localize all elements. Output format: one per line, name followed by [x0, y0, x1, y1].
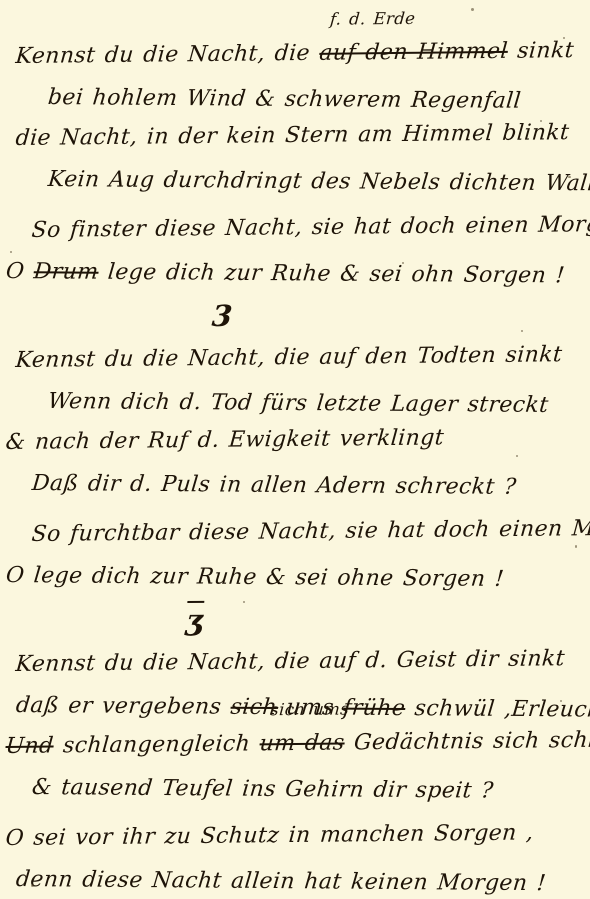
manuscript-line: denn diese Nacht allein hat keinen Morge…	[14, 859, 590, 899]
ink-speck	[568, 176, 571, 178]
text-segment: O	[5, 259, 35, 284]
stanza: Kennst du die Nacht, die auf d. Geist di…	[0, 644, 590, 808]
text-segment: O sei vor ihr zu Schutz in manchen Sorge…	[5, 820, 535, 851]
text-segment: & nach der Ruf d. Ewigkeit verklingt	[5, 425, 445, 455]
ink-speck	[471, 8, 474, 11]
text-segment: lege dich zur Ruhe & sei ohn Sorgen !	[97, 260, 566, 289]
manuscript-line: Kennst du die Nacht, die auf d. Geist di…	[14, 644, 590, 685]
manuscript-line: Kein Aug durchdringt des Nebels dichten …	[46, 159, 590, 200]
manuscript-line: & nach der Ruf d. Ewigkeit verklingt	[4, 422, 590, 463]
line-text: denn diese Nacht allein hat keinen Morge…	[14, 859, 548, 899]
manuscript-body: Kennst du die Nacht, die f. d. Erdeauf d…	[0, 36, 590, 899]
manuscript-line: die Nacht, in der kein Stern am Himmel b…	[14, 118, 590, 159]
manuscript-line: Kennst du die Nacht, die f. d. Erdeauf d…	[14, 36, 590, 77]
stanza: O sei vor ihr zu Schutz in manchen Sorge…	[0, 818, 590, 899]
manuscript-line: Kennst du die Nacht, die auf den Todten …	[14, 340, 590, 381]
line-text: O Drum lege dich zur Ruhe & sei ohn Sorg…	[4, 251, 567, 296]
text-segment: Kein Aug durchdringt des Nebels dichten …	[47, 167, 590, 196]
text-segment: schwül ‚Erleuchtung	[404, 696, 590, 723]
ink-speck	[563, 37, 565, 39]
line-text: Kennst du die Nacht, die f. d. Erdeauf d…	[14, 30, 576, 77]
manuscript-line: O lege dich zur Ruhe & sei ohne Sorgen !	[4, 555, 590, 596]
text-segment: Gedächtnis sich schlingt	[344, 727, 590, 755]
text-segment: Kennst du die Nacht, die	[15, 41, 321, 69]
text-segment: schlangengleich	[53, 731, 261, 758]
struck-text: auf den Himmel	[318, 39, 508, 66]
line-text: Kein Aug durchdringt des Nebels dichten …	[46, 159, 590, 204]
stanza: So finster diese Nacht, sie hat doch ein…	[0, 210, 590, 292]
manuscript-line: O Drum lege dich zur Ruhe & sei ohn Sorg…	[4, 251, 590, 292]
correction-group: f. d. Erdeauf den Himmel	[318, 31, 510, 74]
line-text: die Nacht, in der kein Stern am Himmel b…	[14, 112, 571, 159]
stanza-number: ʒ	[184, 598, 590, 642]
text-segment: & tausend Teufel ins Gehirn dir speit ?	[31, 775, 495, 804]
stanza: Kennst du die Nacht, die f. d. Erdeauf d…	[0, 36, 590, 200]
text-segment: Kennst du die Nacht, die auf d. Geist di…	[15, 646, 566, 677]
text-segment: Wenn dich d. Tod fürs letzte Lager strec…	[47, 389, 550, 418]
text-segment: denn diese Nacht allein hat keinen Morge…	[15, 867, 547, 896]
manuscript-line: Wenn dich d. Tod fürs letzte Lager strec…	[46, 381, 590, 422]
correction-group: sich umsum das	[258, 722, 346, 764]
line-text: So furchtbar diese Nacht, sie hat doch e…	[30, 507, 590, 555]
marker-glyph: ʒ	[185, 603, 205, 637]
line-text: & tausend Teufel ins Gehirn dir speit ?	[30, 767, 495, 812]
text-segment: O lege dich zur Ruhe & sei ohne Sorgen !	[5, 563, 505, 592]
line-text: Und schlangengleich sich umsum das Gedäc…	[4, 719, 590, 767]
ink-speck	[560, 700, 562, 702]
manuscript-line: bei hohlem Wind & schwerem Regenfall	[46, 77, 590, 118]
inserted-text: sich ums	[270, 701, 350, 718]
line-text: So finster diese Nacht, sie hat doch ein…	[30, 204, 590, 251]
inserted-text: f. d. Erde	[329, 11, 416, 28]
marker-glyph: 3	[211, 299, 234, 333]
stanza-number: 3	[210, 294, 590, 338]
text-segment: So furchtbar diese Nacht, sie hat doch e…	[31, 515, 590, 547]
stanza-marker: ʒ	[0, 598, 590, 642]
text-segment: bei hohlem Wind & schwerem Regenfall	[47, 85, 522, 114]
ink-speck	[540, 120, 542, 122]
ink-speck	[402, 262, 404, 264]
struck-text: Und	[5, 733, 55, 759]
stanza-marker: 3	[0, 294, 590, 338]
text-segment: So finster diese Nacht, sie hat doch ein…	[31, 212, 590, 243]
line-text: ʒ	[184, 598, 205, 646]
line-text: & nach der Ruf d. Ewigkeit verklingt	[4, 417, 446, 463]
manuscript-line: So finster diese Nacht, sie hat doch ein…	[30, 210, 590, 251]
text-segment: sinkt	[507, 38, 575, 64]
manuscript-line: & tausend Teufel ins Gehirn dir speit ?	[30, 767, 590, 808]
manuscript-line: So furchtbar diese Nacht, sie hat doch e…	[30, 514, 590, 555]
struck-text: frühe	[342, 696, 406, 721]
ink-speck	[516, 455, 518, 457]
line-text: O lege dich zur Ruhe & sei ohne Sorgen !	[4, 555, 506, 600]
line-text: Daß dir d. Puls in allen Adern schreckt …	[30, 463, 518, 508]
struck-text: Drum	[33, 259, 100, 285]
manuscript-line: Und schlangengleich sich umsum das Gedäc…	[4, 726, 590, 767]
struck-text: um das	[259, 730, 346, 756]
manuscript-line: O sei vor ihr zu Schutz in manchen Sorge…	[4, 818, 590, 859]
manuscript-line: Daß dir d. Puls in allen Adern schreckt …	[30, 463, 590, 504]
ink-speck	[10, 251, 12, 253]
manuscript-page: Kennst du die Nacht, die f. d. Erdeauf d…	[0, 0, 590, 899]
ink-speck	[575, 545, 577, 548]
stanza: Kennst du die Nacht, die auf den Todten …	[0, 340, 590, 504]
ink-speck	[243, 601, 245, 603]
text-segment: daß er vergebens	[15, 693, 232, 720]
line-text: Kennst du die Nacht, die auf den Todten …	[14, 334, 564, 381]
stanza: So furchtbar diese Nacht, sie hat doch e…	[0, 514, 590, 596]
line-text: O sei vor ihr zu Schutz in manchen Sorge…	[4, 812, 535, 859]
line-text: 3	[210, 294, 234, 342]
ink-speck	[31, 884, 34, 887]
ink-speck	[521, 330, 523, 332]
text-segment: Daß dir d. Puls in allen Adern schreckt …	[31, 471, 518, 500]
line-text: Kennst du die Nacht, die auf d. Geist di…	[14, 638, 566, 685]
text-segment: Kennst du die Nacht, die auf den Todten …	[15, 342, 564, 373]
text-segment: die Nacht, in der kein Stern am Himmel b…	[15, 120, 571, 151]
